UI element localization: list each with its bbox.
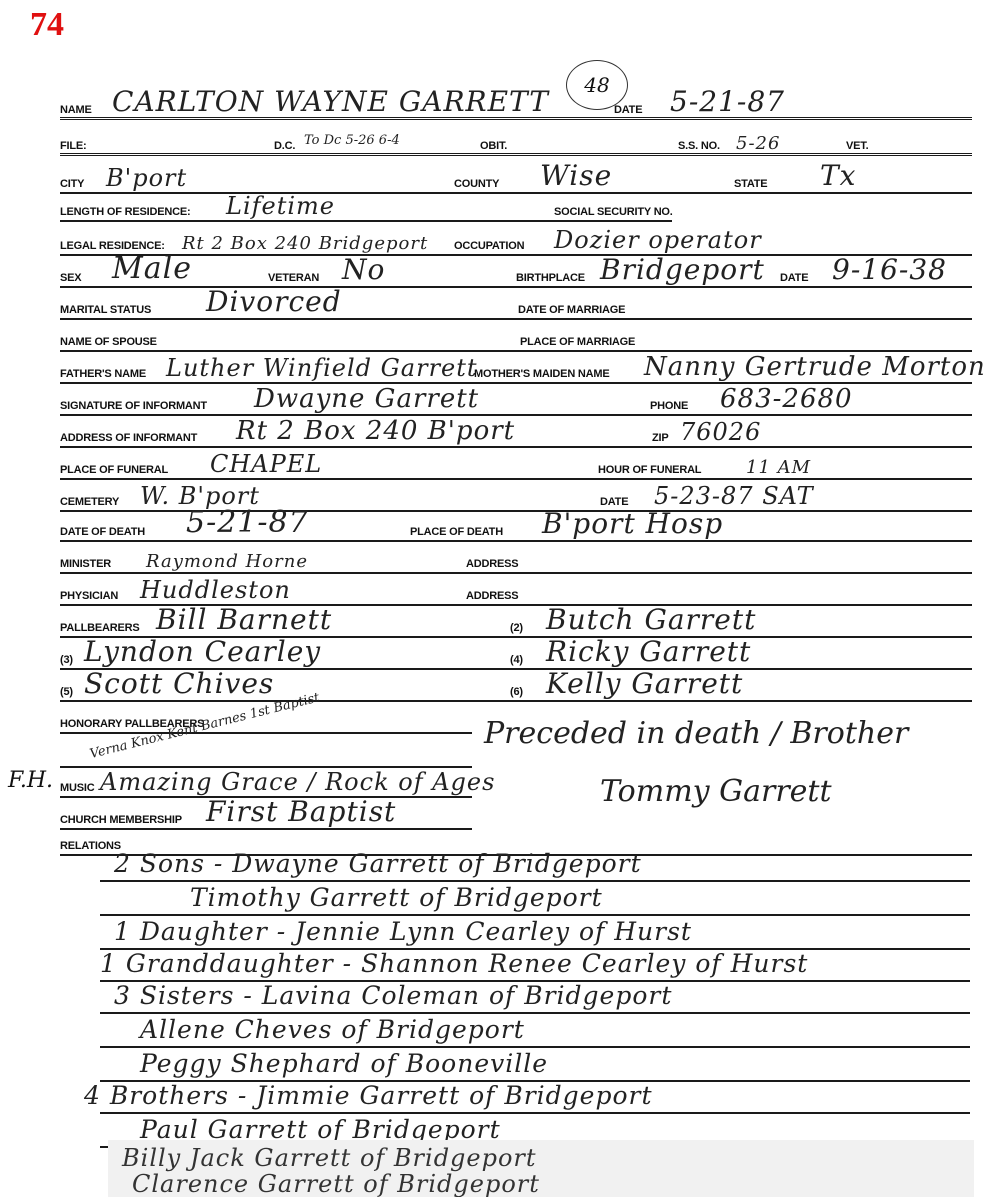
hour-of-funeral-value[interactable]: 11 AM <box>746 457 811 478</box>
fathers-name-label: FATHER'S NAME <box>60 368 146 380</box>
page-number: 74 <box>30 6 64 44</box>
ss-no-label: S.S. NO. <box>678 140 720 152</box>
date-value[interactable]: 5-21-87 <box>670 85 785 118</box>
relation-text[interactable]: 1 Granddaughter - Shannon Renee Cearley … <box>100 949 808 978</box>
occupation-label: OCCUPATION <box>454 240 524 252</box>
occupation-value[interactable]: Dozier operator <box>554 226 762 254</box>
physician-value[interactable]: Huddleston <box>140 576 291 604</box>
pallbearer-2[interactable]: Butch Garrett <box>546 603 756 636</box>
row-file: FILE: D.C. To Dc 5-26 6-4 OBIT. S.S. NO.… <box>60 122 972 156</box>
pallbearer-6[interactable]: Kelly Garrett <box>546 667 743 700</box>
marital-status-value[interactable]: Divorced <box>206 285 342 318</box>
pallbearer-4-num: (4) <box>510 654 523 666</box>
phone-value[interactable]: 683-2680 <box>720 384 853 414</box>
name-label: NAME <box>60 104 92 116</box>
row-minister: MINISTER Raymond Horne ADDRESS <box>60 540 972 574</box>
place-of-death-value[interactable]: B'port Hosp <box>542 507 723 540</box>
birthplace-label: BIRTHPLACE <box>516 272 585 284</box>
relation-text[interactable]: 3 Sisters - Lavina Coleman of Bridgeport <box>114 981 672 1010</box>
address-of-informant-value[interactable]: Rt 2 Box 240 B'port <box>236 416 515 446</box>
file-label: FILE: <box>60 140 87 152</box>
fh-note: F.H. <box>8 768 53 793</box>
pallbearer-5[interactable]: Scott Chives <box>84 667 274 700</box>
row-spouse: NAME OF SPOUSE PLACE OF MARRIAGE <box>60 318 972 352</box>
relation-line: Peggy Shephard of Booneville <box>100 1046 970 1082</box>
pasted-relations-strip: Billy Jack Garrett of Bridgeport Clarenc… <box>108 1140 974 1197</box>
phone-label: PHONE <box>650 400 688 412</box>
veteran-label: VETERAN <box>268 272 319 284</box>
relation-line: 1 Daughter - Jennie Lynn Cearley of Hurs… <box>100 914 970 950</box>
row-residence-length: LENGTH OF RESIDENCE: Lifetime SOCIAL SEC… <box>60 188 972 222</box>
minister-label: MINISTER <box>60 558 111 570</box>
marital-status-label: MARITAL STATUS <box>60 304 151 316</box>
relation-line: 1 Granddaughter - Shannon Renee Cearley … <box>100 946 970 982</box>
minister-value[interactable]: Raymond Horne <box>146 551 308 572</box>
row-pallbearers-1: PALLBEARERS Bill Barnett (2) Butch Garre… <box>60 604 972 638</box>
row-music: MUSIC Amazing Grace / Rock of Ages <box>60 764 472 798</box>
cemetery-label: CEMETERY <box>60 496 119 508</box>
mothers-maiden-name-value[interactable]: Nanny Gertrude Morton <box>644 352 986 382</box>
row-physician: PHYSICIAN Huddleston ADDRESS <box>60 572 972 606</box>
pallbearer-6-num: (6) <box>510 686 523 698</box>
relation-line: Timothy Garrett of Bridgeport <box>100 880 970 916</box>
sex-value[interactable]: Male <box>112 251 192 286</box>
birth-date-label: DATE <box>780 272 808 284</box>
vet-label: VET. <box>846 140 868 152</box>
physician-address-label: ADDRESS <box>466 590 518 602</box>
row-sex: SEX Male VETERAN No BIRTHPLACE Bridgepor… <box>60 254 972 288</box>
row-informant: SIGNATURE OF INFORMANT Dwayne Garrett PH… <box>60 382 972 416</box>
physician-label: PHYSICIAN <box>60 590 118 602</box>
signature-of-informant-label: SIGNATURE OF INFORMANT <box>60 400 207 412</box>
veteran-value[interactable]: No <box>342 253 385 286</box>
zip-label: ZIP <box>652 432 669 444</box>
minister-address-label: ADDRESS <box>466 558 518 570</box>
relation-line: Allene Cheves of Bridgeport <box>100 1012 970 1048</box>
fathers-name-value[interactable]: Luther Winfield Garrett <box>166 354 478 382</box>
pasted-relation-line[interactable]: Clarence Garrett of Bridgeport <box>132 1170 540 1197</box>
place-of-death-label: PLACE OF DEATH <box>410 526 503 538</box>
place-of-marriage-label: PLACE OF MARRIAGE <box>520 336 635 348</box>
funeral-date-value[interactable]: 5-23-87 SAT <box>654 482 814 510</box>
pallbearer-1[interactable]: Bill Barnett <box>156 603 332 636</box>
signature-of-informant-value[interactable]: Dwayne Garrett <box>254 384 479 414</box>
relation-text[interactable]: Allene Cheves of Bridgeport <box>140 1015 525 1044</box>
pallbearers-label: PALLBEARERS <box>60 622 140 634</box>
ss-no-value[interactable]: 5-26 <box>736 133 780 154</box>
pallbearer-3-num: (3) <box>60 654 73 666</box>
relation-text[interactable]: Peggy Shephard of Booneville <box>140 1049 548 1078</box>
row-honorary-names: Verna Knox Kent Barnes 1st Baptist <box>60 734 472 768</box>
length-of-residence-label: LENGTH OF RESIDENCE: <box>60 206 190 218</box>
preceded-note-line1: Preceded in death / Brother <box>484 716 908 751</box>
relation-line: 2 Sons - Dwayne Garrett of Bridgeport <box>100 846 970 882</box>
relation-text[interactable]: 4 Brothers - Jimmie Garrett of Bridgepor… <box>84 1081 653 1110</box>
preceded-note-line2: Tommy Garrett <box>600 774 832 809</box>
row-pallbearers-3: (5) Scott Chives (6) Kelly Garrett <box>60 668 972 702</box>
dc-value[interactable]: To Dc 5-26 6-4 <box>304 133 400 148</box>
row-marital: MARITAL STATUS Divorced DATE OF MARRIAGE <box>60 286 972 320</box>
length-of-residence-value[interactable]: Lifetime <box>226 192 335 220</box>
music-label: MUSIC <box>60 782 94 794</box>
hour-of-funeral-label: HOUR OF FUNERAL <box>598 464 701 476</box>
name-of-spouse-label: NAME OF SPOUSE <box>60 336 157 348</box>
row-death: DATE OF DEATH 5-21-87 PLACE OF DEATH B'p… <box>60 508 972 542</box>
music-value[interactable]: Amazing Grace / Rock of Ages <box>100 768 495 796</box>
relation-text[interactable]: 2 Sons - Dwayne Garrett of Bridgeport <box>114 849 642 878</box>
row-informant-address: ADDRESS OF INFORMANT Rt 2 Box 240 B'port… <box>60 414 972 448</box>
row-pallbearers-2: (3) Lyndon Cearley (4) Ricky Garrett <box>60 636 972 670</box>
date-of-death-value[interactable]: 5-21-87 <box>186 505 309 540</box>
sex-label: SEX <box>60 272 81 284</box>
legal-residence-value[interactable]: Rt 2 Box 240 Bridgeport <box>182 233 428 254</box>
row-legal-residence: LEGAL RESIDENCE: Rt 2 Box 240 Bridgeport… <box>60 222 972 256</box>
pallbearer-5-num: (5) <box>60 686 73 698</box>
pallbearer-3[interactable]: Lyndon Cearley <box>84 635 321 668</box>
relation-text[interactable]: Timothy Garrett of Bridgeport <box>190 883 603 912</box>
mothers-maiden-name-label: MOTHER'S MAIDEN NAME <box>474 368 610 380</box>
date-of-death-label: DATE OF DEATH <box>60 526 145 538</box>
social-security-no-label: SOCIAL SECURITY NO. <box>554 206 673 218</box>
address-of-informant-label: ADDRESS OF INFORMANT <box>60 432 197 444</box>
relation-line: 3 Sisters - Lavina Coleman of Bridgeport <box>100 978 970 1014</box>
relation-text[interactable]: 1 Daughter - Jennie Lynn Cearley of Hurs… <box>114 917 692 946</box>
row-funeral: PLACE OF FUNERAL CHAPEL HOUR OF FUNERAL … <box>60 446 972 480</box>
row-name: NAME CARLTON WAYNE GARRETT DATE 5-21-87 <box>60 86 972 120</box>
obit-label: OBIT. <box>480 140 507 152</box>
name-value[interactable]: CARLTON WAYNE GARRETT <box>112 85 549 118</box>
birth-date-value[interactable]: 9-16-38 <box>832 253 947 286</box>
pallbearer-4[interactable]: Ricky Garrett <box>546 635 751 668</box>
place-of-funeral-value[interactable]: CHAPEL <box>210 450 322 478</box>
relation-line: 4 Brothers - Jimmie Garrett of Bridgepor… <box>100 1078 970 1114</box>
zip-value[interactable]: 76026 <box>680 418 761 446</box>
date-of-marriage-label: DATE OF MARRIAGE <box>518 304 625 316</box>
pallbearer-2-num: (2) <box>510 622 523 634</box>
place-of-funeral-label: PLACE OF FUNERAL <box>60 464 168 476</box>
pasted-relation-line[interactable]: Billy Jack Garrett of Bridgeport <box>122 1144 537 1172</box>
dc-label: D.C. <box>274 140 295 152</box>
date-label: DATE <box>614 104 642 116</box>
birthplace-value[interactable]: Bridgeport <box>600 253 765 286</box>
row-parents: FATHER'S NAME Luther Winfield Garrett MO… <box>60 350 1004 384</box>
